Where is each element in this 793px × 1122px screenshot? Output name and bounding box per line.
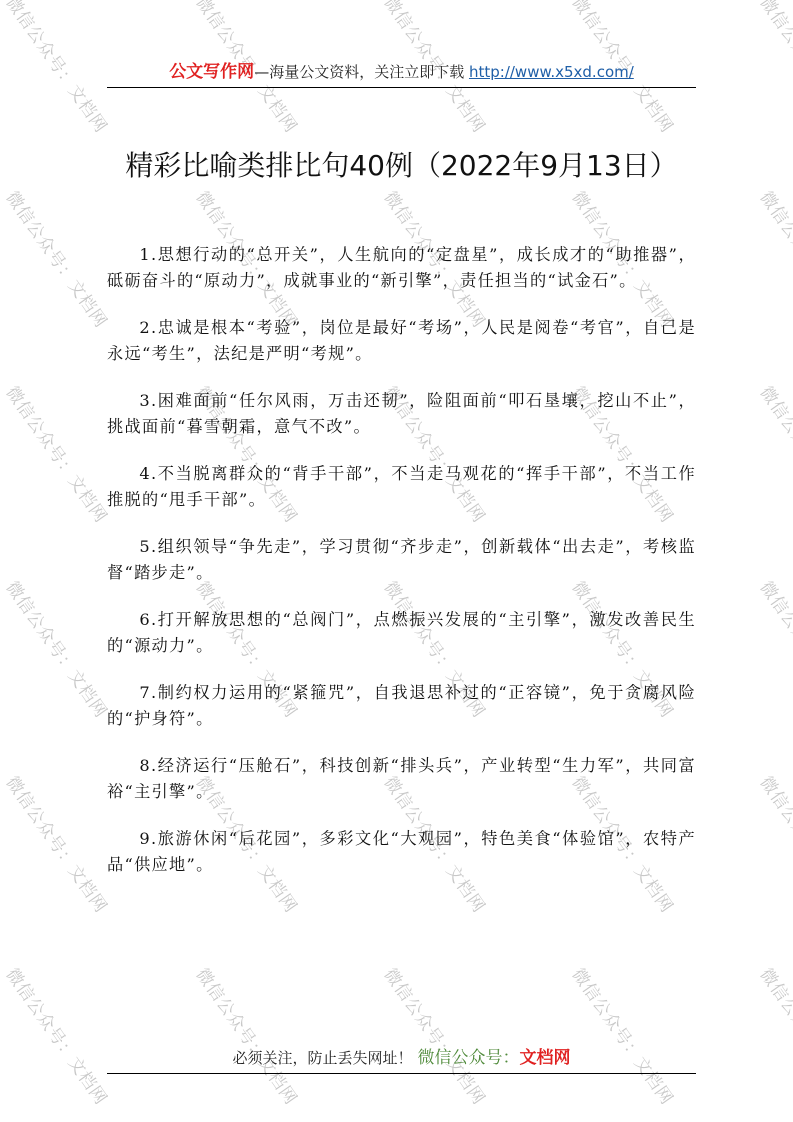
paragraph-7: 7.制约权力运用的“紧箍咒”，自我退思补过的“正容镜”，免于贪腐风险的“护身符”… [107,680,696,732]
watermark: 微信公众号：文档网 [756,380,793,527]
watermark: 微信公众号：文档网 [568,962,681,1109]
paragraph-6: 6.打开解放思想的“总阀门”，点燃振兴发展的“主引擎”，激发改善民生的“源动力”… [107,607,696,659]
watermark: 微信公众号：文档网 [2,185,115,332]
watermark: 微信公众号：文档网 [380,962,493,1109]
watermark: 微信公众号：文档网 [756,770,793,917]
paragraph-2: 2.忠诚是根本“考验”，岗位是最好“考场”，人民是阅卷“考官”，自己是永远“考生… [107,315,696,367]
watermark: 微信公众号：文档网 [756,0,793,137]
header-tagline: —海量公文资料，关注立即下载 [254,63,469,81]
footer-wechat-label: 微信公众号： [418,1048,520,1068]
site-link[interactable]: http://www.x5xd.com/ [469,63,634,81]
watermark: 微信公众号：文档网 [2,380,115,527]
watermark: 微信公众号：文档网 [2,962,115,1109]
page-footer: 必须关注，防止丢失网址！ 微信公众号：文档网 [107,1042,696,1074]
watermark: 微信公众号：文档网 [756,575,793,722]
paragraph-8: 8.经济运行“压舱石”，科技创新“排头兵”，产业转型“生力军”，共同富裕“主引擎… [107,753,696,805]
document-title: 精彩比喻类排比句40例（2022年9月13日） [107,143,696,189]
site-brand: 公文写作网 [169,62,254,82]
watermark: 微信公众号：文档网 [2,575,115,722]
paragraph-3: 3.困难面前“任尔风雨，万击还韧”，险阻面前“叩石垦壤，挖山不止”，挑战面前“暮… [107,388,696,440]
footer-brand: 文档网 [520,1048,571,1068]
paragraph-9: 9.旅游休闲“后花园”，多彩文化“大观园”，特色美食“体验馆”，农特产品“供应地… [107,826,696,878]
paragraph-1: 1.思想行动的“总开关”，人生航向的“定盘星”，成长成才的“助推器”，砥砺奋斗的… [107,242,696,294]
document-body: 1.思想行动的“总开关”，人生航向的“定盘星”，成长成才的“助推器”，砥砺奋斗的… [107,242,696,899]
watermark: 微信公众号：文档网 [2,0,115,137]
watermark: 微信公众号：文档网 [756,185,793,332]
footer-note: 必须关注，防止丢失网址！ [232,1049,412,1067]
watermark: 微信公众号：文档网 [756,962,793,1109]
page-header: 公文写作网—海量公文资料，关注立即下载 http://www.x5xd.com/ [107,58,696,88]
watermark: 微信公众号：文档网 [192,962,305,1109]
paragraph-4: 4.不当脱离群众的“背手干部”，不当走马观花的“挥手干部”，不当工作推脱的“甩手… [107,461,696,513]
watermark: 微信公众号：文档网 [2,770,115,917]
paragraph-5: 5.组织领导“争先走”，学习贯彻“齐步走”，创新载体“出去走”，考核监督“踏步走… [107,534,696,586]
